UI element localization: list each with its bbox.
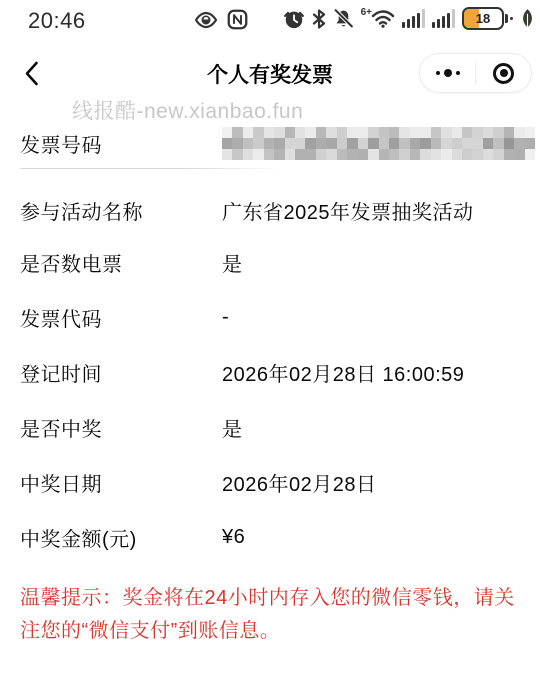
row-label: 是否数电票 — [20, 248, 222, 277]
nfc-icon — [227, 9, 248, 30]
detail-row-1: 参与活动名称广东省2025年发票抽奖活动 — [0, 185, 540, 235]
more-button[interactable] — [420, 54, 475, 92]
detail-row-5: 是否中奖是 — [0, 400, 540, 455]
row-label: 中奖金额(元) — [20, 523, 222, 552]
miniprogram-capsule — [419, 53, 532, 93]
battery-percent: 18 — [476, 11, 490, 26]
target-icon — [493, 63, 514, 84]
more-icon — [436, 71, 440, 75]
row-label: 发票号码 — [20, 129, 222, 158]
row-value: 是 — [222, 413, 243, 442]
row-label: 中奖日期 — [20, 468, 222, 497]
row-value — [222, 127, 535, 160]
invoice-detail-list: 发票号码参与活动名称广东省2025年发票抽奖活动是否数电票是发票代码-登记时间2… — [0, 104, 540, 565]
row-value: 是 — [222, 248, 243, 277]
row-value: 2026年02月28日 — [222, 468, 376, 497]
row-label: 是否中奖 — [20, 413, 222, 442]
notice-text: 温馨提示：奖金将在24小时内存入您的微信零钱，请关注您的“微信支付”到账信息。 — [20, 582, 520, 648]
leaf-icon — [520, 8, 535, 29]
status-center-icons — [193, 9, 248, 30]
row-value: 2026年02月28日 16:00:59 — [222, 358, 464, 387]
eye-icon — [193, 11, 219, 29]
row-label: 发票代码 — [20, 303, 222, 332]
mute-icon — [333, 8, 354, 29]
row-value: - — [222, 306, 229, 329]
signal-bars-sim1 — [402, 9, 425, 28]
detail-row-0: 发票号码 — [0, 118, 540, 168]
row-label: 登记时间 — [20, 358, 222, 387]
row-value: 广东省2025年发票抽奖活动 — [222, 196, 474, 225]
close-minimize-button[interactable] — [476, 54, 531, 92]
watermark-text: 线报酷-new.xianbao.fun — [72, 95, 303, 125]
row-label: 参与活动名称 — [20, 196, 222, 225]
detail-row-4: 登记时间2026年02月28日 16:00:59 — [0, 345, 540, 400]
detail-row-3: 发票代码- — [0, 290, 540, 345]
detail-row-6: 中奖日期2026年02月28日 — [0, 455, 540, 510]
status-right-icons: 6+ 18 — [283, 7, 535, 30]
status-bar: 20:46 6+ 18 — [0, 0, 540, 42]
signal-bars-sim2 — [432, 9, 455, 28]
redacted-mosaic — [222, 127, 535, 160]
battery-icon: 18 — [462, 7, 513, 30]
detail-row-7: 中奖金额(元)¥6 — [0, 510, 540, 565]
bluetooth-icon — [312, 9, 326, 29]
clock-time: 20:46 — [28, 8, 86, 34]
detail-row-2: 是否数电票是 — [0, 235, 540, 290]
wifi-icon: 6+ — [361, 9, 395, 28]
row-value: ¥6 — [222, 526, 245, 549]
alarm-icon — [283, 8, 305, 30]
